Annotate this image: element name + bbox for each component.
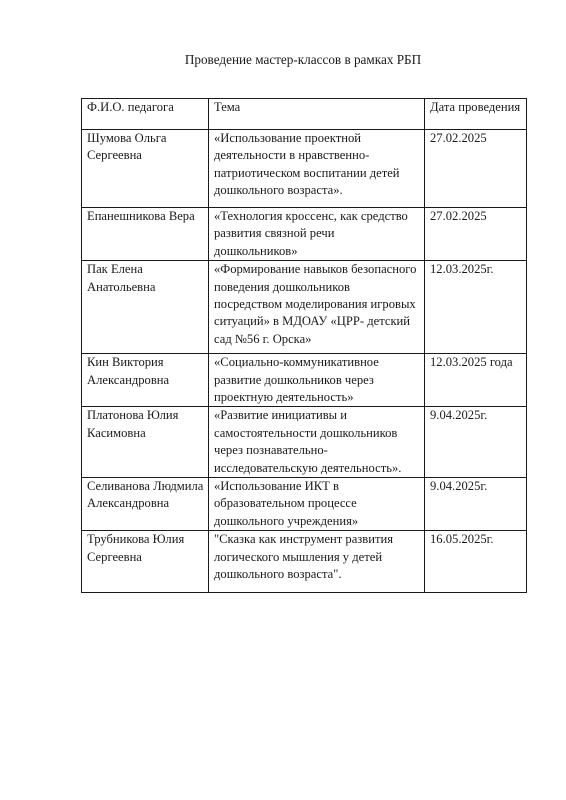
cell-topic: «Социально-коммуникативное развитие дошк… bbox=[209, 354, 425, 407]
table-header-row: Ф.И.О. педагога Тема Дата проведения bbox=[82, 99, 527, 130]
cell-date: 12.03.2025 года bbox=[425, 354, 527, 407]
cell-topic: "Сказка как инструмент развития логическ… bbox=[209, 531, 425, 593]
cell-topic: «Развитие инициативы и самостоятельности… bbox=[209, 407, 425, 478]
table-row: Епанешникова Вера «Технология кроссенс, … bbox=[82, 208, 527, 261]
header-teacher-name: Ф.И.О. педагога bbox=[82, 99, 209, 130]
cell-date: 27.02.2025 bbox=[425, 208, 527, 261]
cell-topic: «Технология кроссенс, как средство разви… bbox=[209, 208, 425, 261]
cell-teacher-name: Трубникова Юлия Сергеевна bbox=[82, 531, 209, 593]
cell-topic: «Формирование навыков безопасного поведе… bbox=[209, 261, 425, 354]
cell-teacher-name: Пак Елена Анатольевна bbox=[82, 261, 209, 354]
cell-date: 9.04.2025г. bbox=[425, 478, 527, 531]
cell-teacher-name: Селиванова Людмила Александровна bbox=[82, 478, 209, 531]
table-row: Шумова Ольга Сергеевна «Использование пр… bbox=[82, 130, 527, 208]
header-topic: Тема bbox=[209, 99, 425, 130]
cell-date: 12.03.2025г. bbox=[425, 261, 527, 354]
table-row: Пак Елена Анатольевна «Формирование навы… bbox=[82, 261, 527, 354]
table-row: Кин Виктория Александровна «Социально-ко… bbox=[82, 354, 527, 407]
cell-teacher-name: Платонова Юлия Касимовна bbox=[82, 407, 209, 478]
master-classes-table: Ф.И.О. педагога Тема Дата проведения Шум… bbox=[81, 98, 527, 593]
cell-teacher-name: Кин Виктория Александровна bbox=[82, 354, 209, 407]
table-row: Селиванова Людмила Александровна «Исполь… bbox=[82, 478, 527, 531]
header-date: Дата проведения bbox=[425, 99, 527, 130]
cell-date: 16.05.2025г. bbox=[425, 531, 527, 593]
cell-date: 27.02.2025 bbox=[425, 130, 527, 208]
cell-teacher-name: Шумова Ольга Сергеевна bbox=[82, 130, 209, 208]
cell-date: 9.04.2025г. bbox=[425, 407, 527, 478]
table-row: Платонова Юлия Касимовна «Развитие иници… bbox=[82, 407, 527, 478]
table-row: Трубникова Юлия Сергеевна "Сказка как ин… bbox=[82, 531, 527, 593]
cell-topic: «Использование ИКТ в образовательном про… bbox=[209, 478, 425, 531]
cell-teacher-name: Епанешникова Вера bbox=[82, 208, 209, 261]
page-title: Проведение мастер-классов в рамках РБП bbox=[0, 52, 566, 68]
cell-topic: «Использование проектной деятельности в … bbox=[209, 130, 425, 208]
